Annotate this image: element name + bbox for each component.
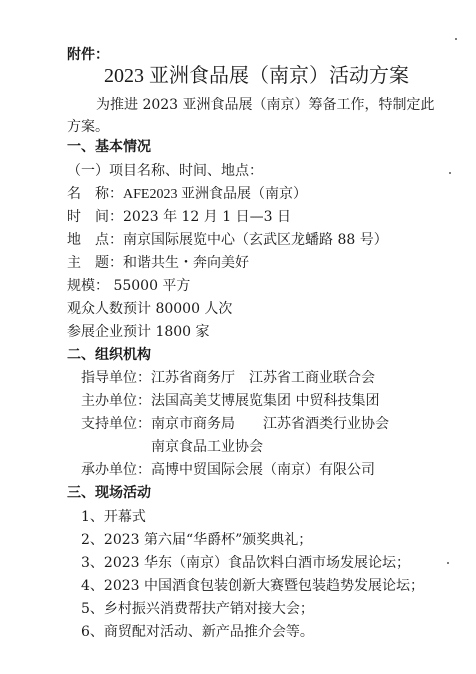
info-row-scale: 规模： 55000 平方 <box>67 277 190 295</box>
org-row-guidance: 指导单位：江苏省商务厅 江苏省工商业联合会 <box>81 369 375 387</box>
scan-speck <box>447 562 449 564</box>
info-row-time: 时 间：2023 年 12 月 1 日—3 日 <box>67 208 291 226</box>
intro-paragraph-line-2: 方案。 <box>67 118 109 136</box>
info-row-name: 名 称：AFE2023 亚洲食品展（南京） <box>67 185 307 204</box>
info-row-location: 地 点：南京国际展览中心（玄武区龙蟠路 88 号） <box>67 231 388 249</box>
org-label: 指导单位： <box>81 370 151 386</box>
activity-item: 2、2023 第六届“华爵杯”颁奖典礼； <box>81 531 312 549</box>
info-row-theme: 主 题：和谐共生・奔向美好 <box>67 254 249 272</box>
info-value: 2023 年 12 月 1 日—3 日 <box>123 209 291 225</box>
org-label: 承办单位： <box>81 462 151 478</box>
activity-item: 6、商贸配对活动、新产品推介会等。 <box>81 623 314 641</box>
info-value: 南京国际展览中心（玄武区龙蟠路 88 号） <box>123 232 388 248</box>
section-heading-organization: 二、组织机构 <box>67 346 151 364</box>
activity-item: 3、2023 华东（南京）食品饮料白酒市场发展论坛； <box>81 554 410 572</box>
visitors-estimate: 观众人数预计 80000 人次 <box>67 300 232 318</box>
org-value: 江苏省商务厅 江苏省工商业联合会 <box>151 370 375 386</box>
org-value: 法国高美艾博展览集团 中贸科技集团 <box>151 393 379 409</box>
attachment-label: 附件： <box>67 46 109 64</box>
info-value: 和谐共生・奔向美好 <box>123 255 249 271</box>
org-row-support: 支持单位：南京市商务局 江苏省酒类行业协会 <box>81 415 389 433</box>
info-label: 规模： <box>67 278 109 294</box>
activity-item: 5、乡村振兴消费帮扶产销对接大会； <box>81 600 314 618</box>
document-title: 2023 亚洲食品展（南京）活动方案 <box>104 64 409 88</box>
scan-speck <box>449 172 451 174</box>
activity-item: 4、2023 中国酒食包装创新大赛暨包装趋势发展论坛； <box>81 577 424 595</box>
info-value: AFE2023 亚洲食品展（南京） <box>123 187 307 202</box>
intro-paragraph-line-1: 为推进 2023 亚洲食品展（南京）筹备工作，特制定此 <box>96 96 435 114</box>
subheading-project-info: （一）项目名称、时间、地点： <box>67 162 263 180</box>
exhibitors-estimate: 参展企业预计 1800 家 <box>67 323 210 341</box>
info-value: 55000 平方 <box>109 278 190 294</box>
org-value: 南京市商务局 江苏省酒类行业协会 <box>151 416 389 432</box>
org-row-organizer: 承办单位：高博中贸国际会展（南京）有限公司 <box>81 461 375 479</box>
org-label: 主办单位： <box>81 393 151 409</box>
section-heading-basic-info: 一、基本情况 <box>67 138 151 156</box>
activity-item: 1、开幕式 <box>81 508 146 526</box>
section-heading-activities: 三、现场活动 <box>67 484 151 502</box>
org-label: 支持单位： <box>81 416 151 432</box>
info-label: 地 点： <box>67 232 123 248</box>
scan-speck <box>455 38 457 40</box>
org-value: 高博中贸国际会展（南京）有限公司 <box>151 462 375 478</box>
info-label: 名 称： <box>67 186 123 202</box>
info-label: 主 题： <box>67 255 123 271</box>
org-row-host: 主办单位：法国高美艾博展览集团 中贸科技集团 <box>81 392 379 410</box>
info-label: 时 间： <box>67 209 123 225</box>
org-row-support-continued: 南京食品工业协会 <box>151 438 263 456</box>
